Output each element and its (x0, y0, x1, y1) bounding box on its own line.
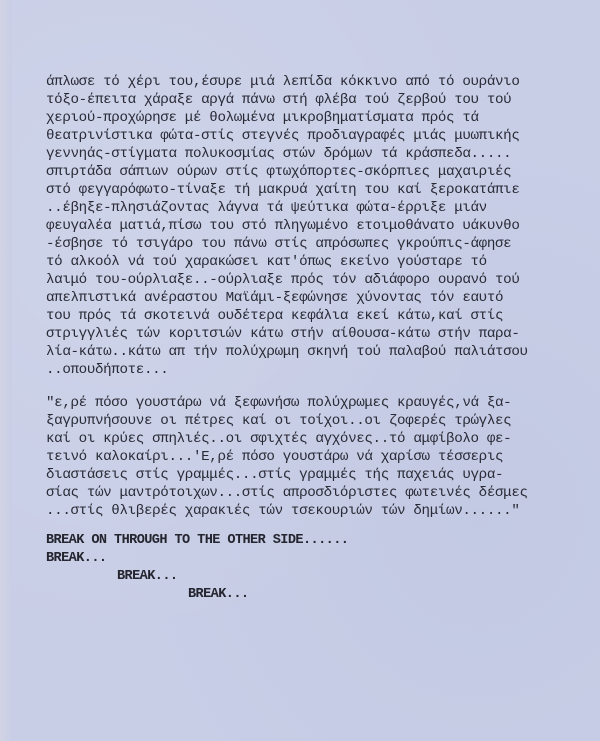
refrain-line-2: BREAK... (46, 550, 576, 568)
paper-edge (0, 0, 12, 741)
refrain-line-3: BREAK... (46, 568, 576, 586)
text-line: τό αλκοόλ νά τού χαρακώσει κατ'όπως εκεί… (46, 253, 576, 271)
paragraph-gap (46, 379, 576, 394)
typewritten-page: άπλωσε τό χέρι του,έσυρε μιά λεπίδα κόκκ… (46, 73, 576, 604)
closing-refrain: BREAK ON THROUGH TO THE OTHER SIDE......… (46, 532, 576, 604)
text-line: ...στίς θλιβερές χαρακιές τών τσεκουριών… (46, 502, 576, 520)
text-line: άπλωσε τό χέρι του,έσυρε μιά λεπίδα κόκκ… (46, 73, 576, 91)
text-line: σπιρτάδα σάπιων ούρων στίς φτωχόπορτες-σ… (46, 163, 576, 181)
text-line: ..οπουδήποτε... (46, 361, 576, 379)
text-line: καί οι κρύες σπηλιές..οι σφιχτές αγχόνες… (46, 430, 576, 448)
text-line: διαστάσεις στίς γραμμές...στίς γραμμές τ… (46, 466, 576, 484)
text-line: σίας τών μαντρότοιχων...στίς απροσδιόρισ… (46, 484, 576, 502)
paragraph-gap (46, 520, 576, 532)
text-line: φευγαλέα ματιά,πίσω του στό πληγωμένο ετ… (46, 217, 576, 235)
text-line: χεριού-προχώρησε μέ θολωμένα μικροβηματί… (46, 109, 576, 127)
text-line: τόξο-έπειτα χάραξε αργά πάνω στή φλέβα τ… (46, 91, 576, 109)
text-line: στριγγλιές τών κοριτσιών κάτω στήν αίθου… (46, 325, 576, 343)
refrain-line-4: BREAK... (46, 586, 576, 604)
text-line: ..έβηξε-πλησιάζοντας λάγνα τά ψεύτικα φώ… (46, 199, 576, 217)
text-line: ξαγρυπνήσουνε οι πέτρες καί οι τοίχοι..ο… (46, 412, 576, 430)
text-line: γεννηάς-στίγματα πολυκοσμίας στών δρόμων… (46, 145, 576, 163)
text-line: λαιμό του-ούρλιαξε..-ούρλιαξε πρός τόν α… (46, 271, 576, 289)
paragraph-1: άπλωσε τό χέρι του,έσυρε μιά λεπίδα κόκκ… (46, 73, 576, 379)
paragraph-2: "ε,ρέ πόσο γουστάρω νά ξεφωνήσω πολύχρωμ… (46, 394, 576, 520)
text-line: τεινό καλοκαίρι...'Ε,ρέ πόσο γουστάρω νά… (46, 448, 576, 466)
text-line: -έσβησε τό τσιγάρο του πάνω στίς απρόσωπ… (46, 235, 576, 253)
refrain-line-1: BREAK ON THROUGH TO THE OTHER SIDE...... (46, 532, 576, 550)
text-line: στό φεγγαρόφωτο-τίναξε τή μακρυά χαίτη τ… (46, 181, 576, 199)
text-line: "ε,ρέ πόσο γουστάρω νά ξεφωνήσω πολύχρωμ… (46, 394, 576, 412)
text-line: απελπιστικά ανέραστου Μαϊάμι-ξεφώνησε χύ… (46, 289, 576, 307)
text-line: λία-κάτω..κάτω απ τήν πολύχρωμη σκηνή το… (46, 343, 576, 361)
text-line: του πρός τά σκοτεινά ουδέτερα κεφάλια εκ… (46, 307, 576, 325)
text-line: θεατρινίστικα φώτα-στίς στεγνές προδιαγρ… (46, 127, 576, 145)
